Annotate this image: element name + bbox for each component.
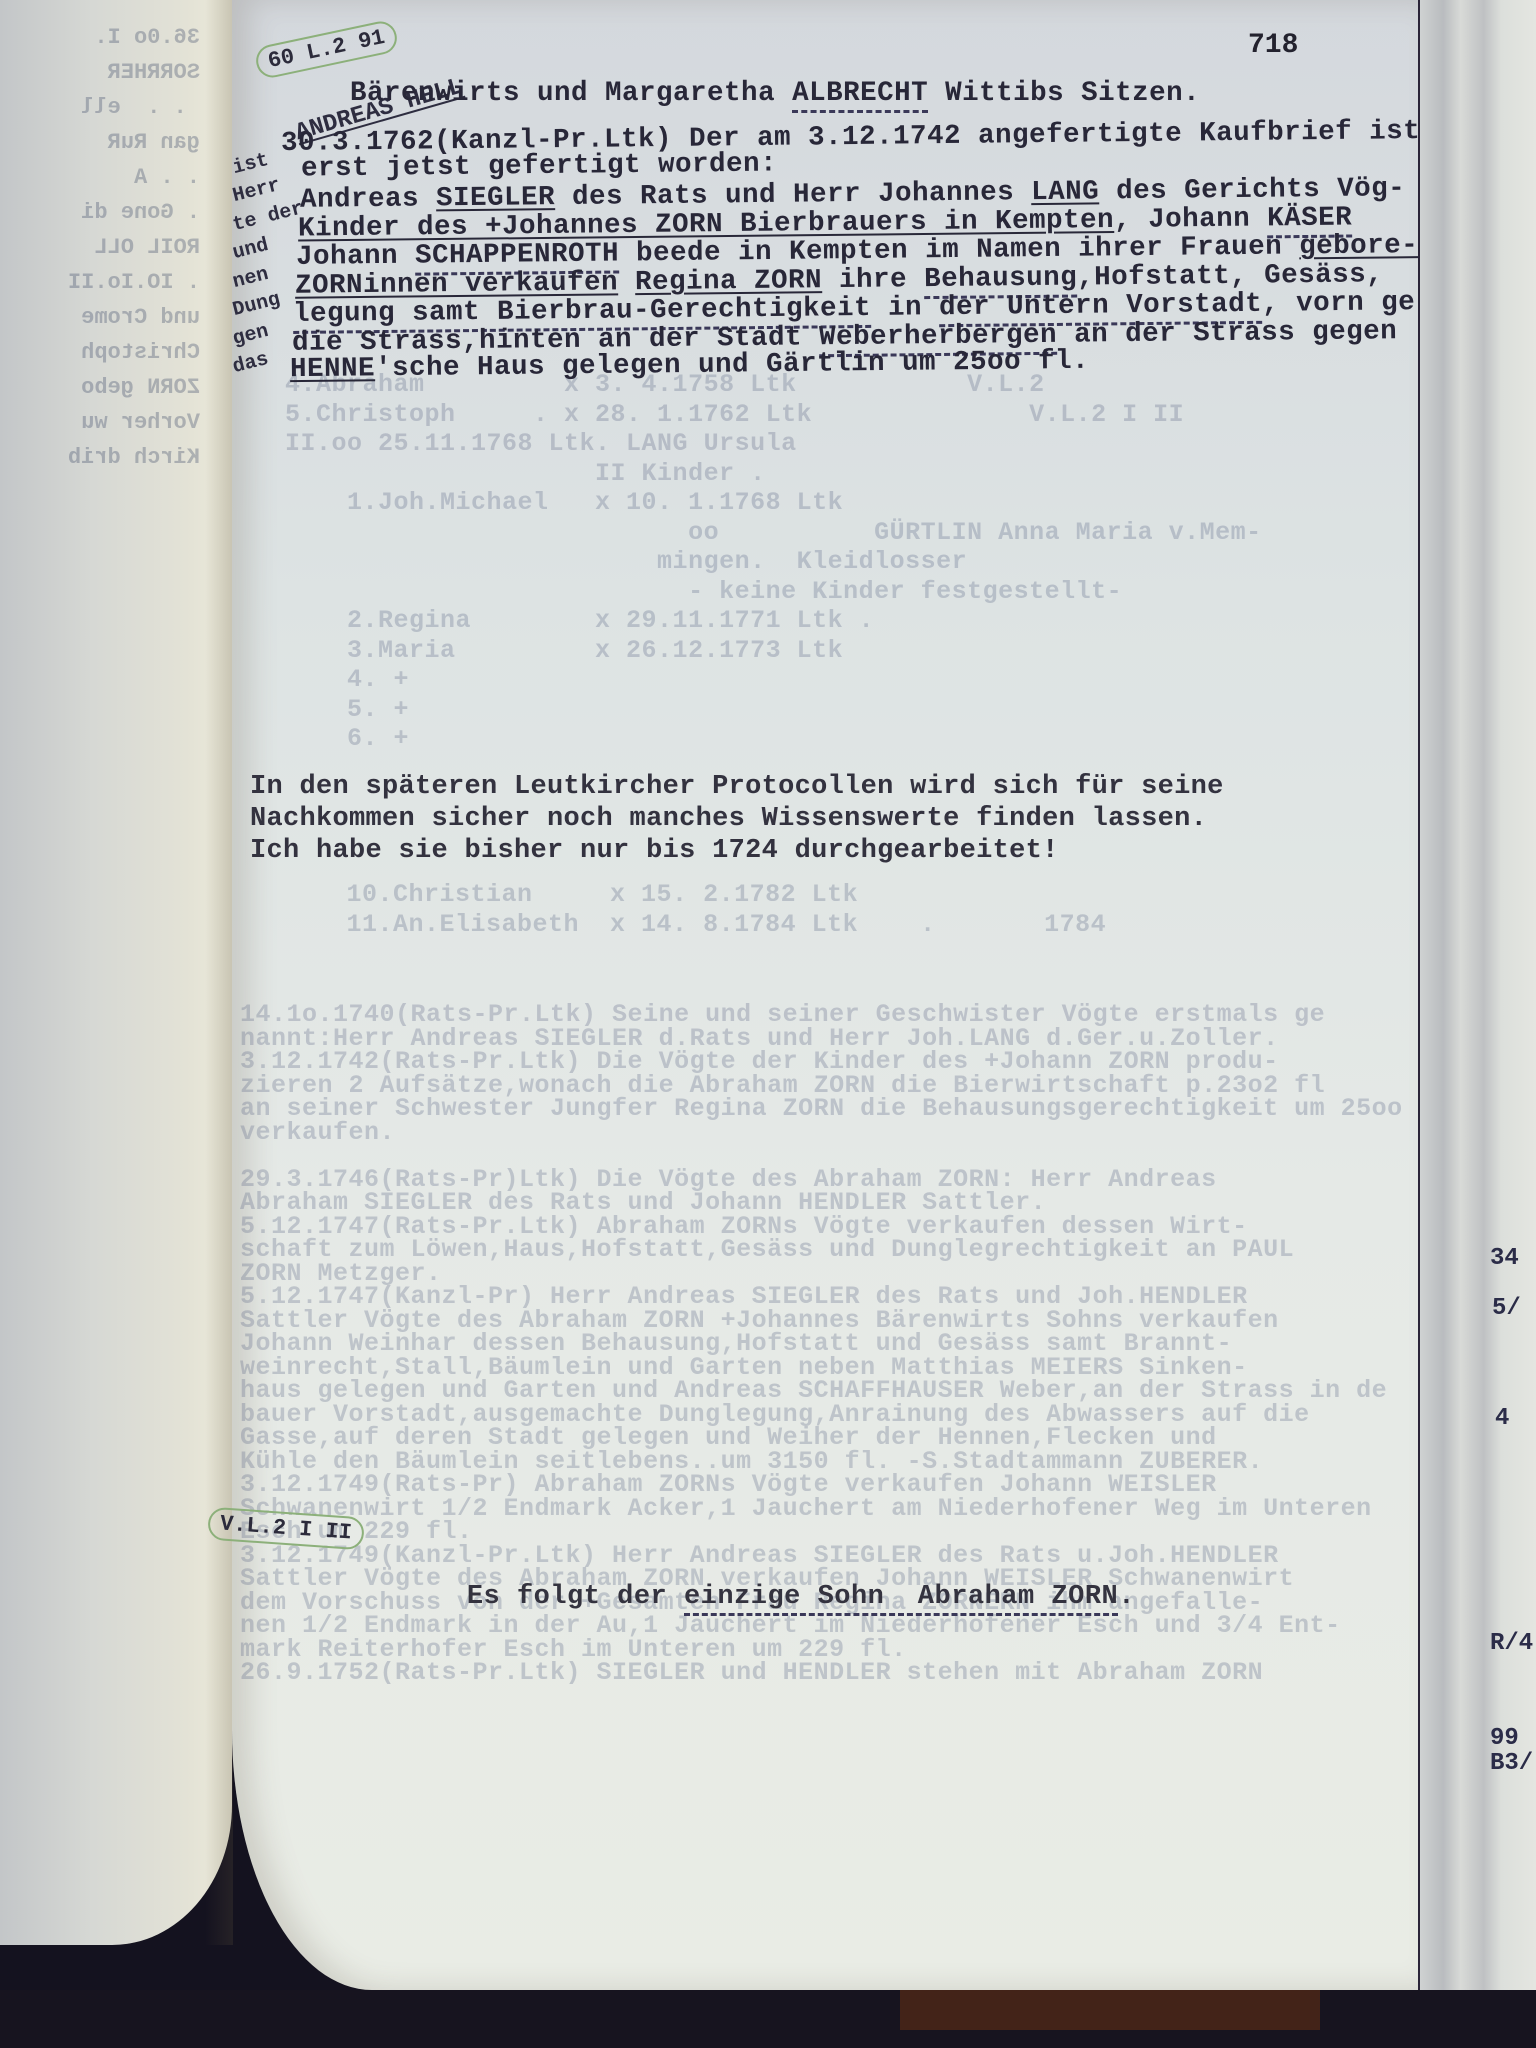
bleed-through-line: verkaufen. bbox=[240, 1118, 395, 1147]
text-run: Andreas bbox=[299, 183, 435, 215]
note-line: Ich habe sie bisher nur bis 1724 durchge… bbox=[250, 836, 1059, 866]
text-run: Bärenwirts und Margaretha bbox=[350, 78, 792, 109]
page-number: 718 bbox=[1248, 30, 1298, 61]
next-page-fragment: 34 bbox=[1490, 1245, 1519, 1272]
bleed-through-line: II Kinder . bbox=[285, 459, 766, 488]
bleed-through-line: 10.Christian x 15. 2.1782 Ltk bbox=[300, 880, 858, 909]
next-page-fragment: 5/ bbox=[1492, 1295, 1521, 1322]
book-gutter bbox=[205, 0, 233, 1945]
text-run: des Gerichts Vög- bbox=[1099, 173, 1405, 207]
text-run bbox=[618, 267, 635, 298]
text-run: , Johann bbox=[1114, 203, 1267, 236]
underlined-name: gebore- bbox=[1299, 230, 1418, 262]
next-page-fragment: 4 bbox=[1495, 1405, 1509, 1432]
bleed-through-line: mingen. Kleidlosser bbox=[285, 547, 967, 576]
wooden-table-edge bbox=[900, 1990, 1320, 2030]
text-run: Johann bbox=[296, 241, 415, 273]
text-run: in bbox=[871, 292, 939, 324]
text-run: , vorn ge- bbox=[1262, 287, 1432, 320]
note-line: Nachkommen sicher noch manches Wissenswe… bbox=[250, 804, 1207, 834]
bleed-through-line: - keine Kinder festgestellt- bbox=[285, 577, 1122, 606]
underlined-name: HENNE bbox=[290, 353, 375, 385]
bleed-through-line: 26.9.1752(Rats-Pr.Ltk) SIEGLER und HENDL… bbox=[240, 1658, 1263, 1687]
left-page-text: 36.0o I. SORRHER . . ell gan RuR . . A .… bbox=[0, 20, 200, 475]
text-run: erst jetst gefertigt worden: bbox=[301, 148, 777, 184]
bleed-through-line: 11.An.Elisabeth x 14. 8.1784 Ltk . 1784 bbox=[300, 910, 1106, 939]
bleed-through-line: 5.Christoph . x 28. 1.1762 Ltk V.L.2 I I… bbox=[285, 400, 1184, 429]
next-page-fragment: 99 bbox=[1490, 1725, 1519, 1752]
text-run: ihre bbox=[822, 264, 924, 296]
underlined-name: ALBRECHT bbox=[792, 78, 928, 113]
bleed-through-line: 5. + bbox=[285, 695, 409, 724]
text-run: Wittibs Sitzen. bbox=[928, 78, 1200, 109]
bleed-through-line: II.oo 25.11.1768 Ltk. LANG Ursula bbox=[285, 429, 797, 458]
underlined-name: SIEGLER bbox=[435, 182, 554, 214]
underlined-name: Regina ZORN bbox=[635, 265, 822, 298]
entry-line: erst jetst gefertigt worden: bbox=[301, 148, 777, 184]
underlined-name: LANG bbox=[1031, 176, 1099, 208]
bleed-through-line: 1.Joh.Michael x 10. 1.1768 Ltk bbox=[285, 488, 843, 517]
bleed-through-line: 2.Regina x 29.11.1771 Ltk . bbox=[285, 606, 874, 635]
bleed-through-line: 3.Maria x 26.12.1773 Ltk bbox=[285, 636, 843, 665]
bleed-through-line: an seiner Schwester Jungfer Regina ZORN … bbox=[240, 1094, 1403, 1123]
book-photo: 36.0o I. SORRHER . . ell gan RuR . . A .… bbox=[0, 0, 1536, 2048]
bleed-through-line: 6. + bbox=[285, 724, 409, 753]
note-line: In den späteren Leutkircher Protocollen … bbox=[250, 772, 1224, 802]
next-page-fragment: B3/ bbox=[1490, 1750, 1533, 1777]
next-page-fragment: R/4 bbox=[1490, 1630, 1533, 1657]
entry-header: Bärenwirts und Margaretha ALBRECHT Witti… bbox=[350, 78, 1200, 109]
page-stack-edge bbox=[1420, 0, 1536, 2000]
bleed-through-line: 4. + bbox=[285, 665, 409, 694]
bleed-through-line: oo GÜRTLIN Anna Maria v.Mem- bbox=[285, 518, 1262, 547]
continuation-line: Es folgt der einzige Sohn Abraham ZORN. bbox=[400, 1552, 1135, 1642]
text-run: an der Strass gegen bbox=[1057, 316, 1397, 351]
left-page: 36.0o I. SORRHER . . ell gan RuR . . A .… bbox=[0, 0, 232, 1945]
continuation-link-text: einzige Sohn Abraham ZORN bbox=[684, 1582, 1118, 1616]
